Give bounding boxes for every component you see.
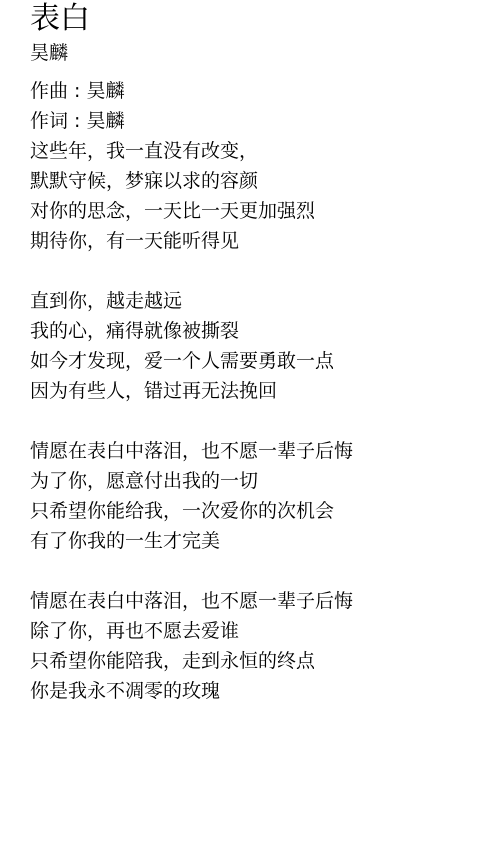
lyric-line: 期待你，有一天能听得见: [30, 226, 490, 256]
stanza-gap: [30, 406, 490, 436]
stanza-gap: [30, 556, 490, 586]
song-title: 表白: [30, 0, 490, 38]
lyric-line: 除了你，再也不愿去爱谁: [30, 616, 490, 646]
stanza-4: 情愿在表白中落泪，也不愿一辈子后悔 除了你，再也不愿去爱谁 只希望你能陪我，走到…: [30, 586, 490, 706]
lyric-line: 情愿在表白中落泪，也不愿一辈子后悔: [30, 436, 490, 466]
lyric-line: 我的心，痛得就像被撕裂: [30, 316, 490, 346]
lyric-line: 如今才发现，爱一个人需要勇敢一点: [30, 346, 490, 376]
lyrics-body: 作曲 : 昊麟 作词 : 昊麟 这些年，我一直没有改变， 默默守候，梦寐以求的容…: [30, 76, 490, 706]
lyric-line: 直到你，越走越远: [30, 286, 490, 316]
lyric-line: 情愿在表白中落泪，也不愿一辈子后悔: [30, 586, 490, 616]
lyric-line: 这些年，我一直没有改变，: [30, 136, 490, 166]
lyric-line: 为了你，愿意付出我的一切: [30, 466, 490, 496]
composer-credit: 作曲 : 昊麟: [30, 76, 490, 106]
stanza-1: 这些年，我一直没有改变， 默默守候，梦寐以求的容颜 对你的思念，一天比一天更加强…: [30, 136, 490, 256]
lyricist-credit: 作词 : 昊麟: [30, 106, 490, 136]
lyric-line: 只希望你能陪我，走到永恒的终点: [30, 646, 490, 676]
lyric-line: 默默守候，梦寐以求的容颜: [30, 166, 490, 196]
lyric-line: 你是我永不凋零的玫瑰: [30, 676, 490, 706]
stanza-2: 直到你，越走越远 我的心，痛得就像被撕裂 如今才发现，爱一个人需要勇敢一点 因为…: [30, 286, 490, 406]
lyric-line: 有了你我的一生才完美: [30, 526, 490, 556]
lyric-line: 对你的思念，一天比一天更加强烈: [30, 196, 490, 226]
stanza-3: 情愿在表白中落泪，也不愿一辈子后悔 为了你，愿意付出我的一切 只希望你能给我，一…: [30, 436, 490, 556]
lyric-line: 只希望你能给我，一次爱你的次机会: [30, 496, 490, 526]
lyric-line: 因为有些人，错过再无法挽回: [30, 376, 490, 406]
song-artist: 昊麟: [30, 38, 490, 68]
lyrics-page: 表白 昊麟 作曲 : 昊麟 作词 : 昊麟 这些年，我一直没有改变， 默默守候，…: [30, 0, 490, 706]
stanza-gap: [30, 256, 490, 286]
